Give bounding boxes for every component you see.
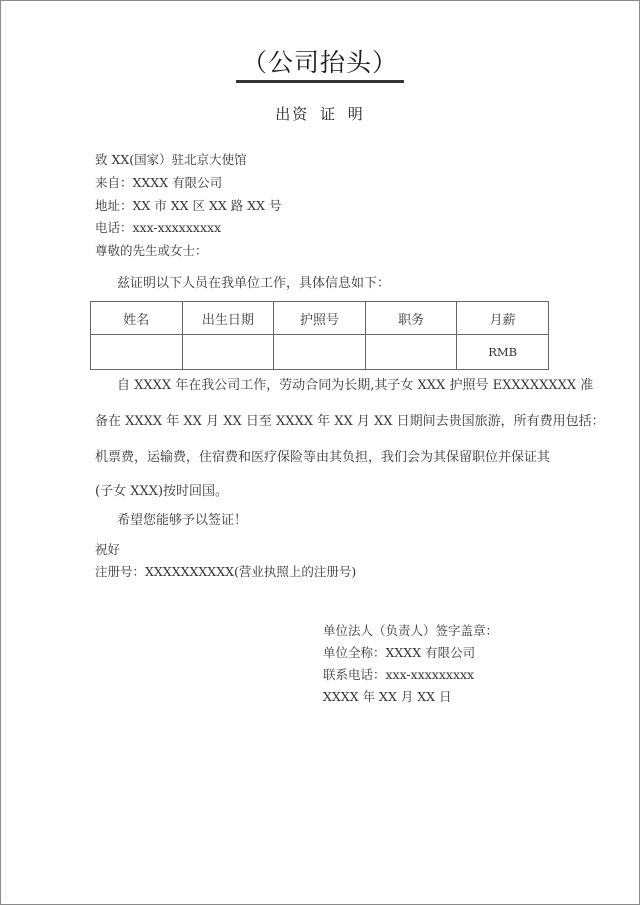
intro-line: 兹证明以下人员在我单位工作，具体信息如下： (117, 275, 390, 293)
address-line: 地址：XX 市 XX 区 XX 路 XX 号 (95, 197, 282, 215)
closing: 祝好 (95, 541, 120, 559)
header-name: 姓名 (91, 302, 183, 335)
header-monthly-salary: 月薪 (457, 302, 549, 335)
document-title: 出资 证 明 (0, 103, 640, 124)
page-edge-line (5, 5, 6, 900)
header-passport-number: 护照号 (274, 302, 366, 335)
cell-monthly-salary: RMB (457, 335, 549, 370)
cell-passport-number (274, 335, 366, 370)
phone-line: 电话：xxx-xxxxxxxxx (95, 219, 221, 237)
legal-rep-signature: 单位法人（负责人）签字盖章： (323, 622, 498, 640)
letterhead: （公司抬头） (0, 46, 640, 83)
cell-name (91, 335, 183, 370)
body-line-3: 机票费，运输费，住宿费和医疗保险等由其负担，我们会为其保留职位并保证其 (95, 440, 550, 476)
body-line-2: 备在 XXXX 年 XX 月 XX 日至 XXXX 年 XX 月 XX 日期间去… (95, 404, 605, 440)
cell-position (365, 335, 457, 370)
body-line-1: 自 XXXX 年在我公司工作，劳动合同为长期,其子女 XXX 护照号 EXXXX… (117, 368, 593, 404)
company-full-name: 单位全称：XXXX 有限公司 (323, 644, 475, 662)
body-line-4: (子女 XXX)按时回国。 (95, 474, 228, 510)
recipient-line: 致 XX(国家）驻北京大使馆 (95, 151, 247, 169)
registration-number: 注册号：XXXXXXXXXX(营业执照上的注册号) (95, 563, 356, 581)
hope-line: 希望您能够予以签证！ (117, 512, 247, 530)
from-line: 来自：XXXX 有限公司 (95, 174, 222, 192)
contact-phone: 联系电话：xxx-xxxxxxxxx (323, 666, 474, 684)
header-position: 职务 (365, 302, 457, 335)
table-header-row: 姓名 出生日期 护照号 职务 月薪 (91, 302, 549, 335)
signature-date: XXXX 年 XX 月 XX 日 (323, 688, 452, 706)
letterhead-text: （公司抬头） (236, 46, 404, 83)
cell-birth-date (182, 335, 274, 370)
salutation: 尊敬的先生或女士： (95, 242, 208, 260)
employee-info-table: 姓名 出生日期 护照号 职务 月薪 RMB (90, 301, 549, 370)
table-row: RMB (91, 335, 549, 370)
header-birth-date: 出生日期 (182, 302, 274, 335)
